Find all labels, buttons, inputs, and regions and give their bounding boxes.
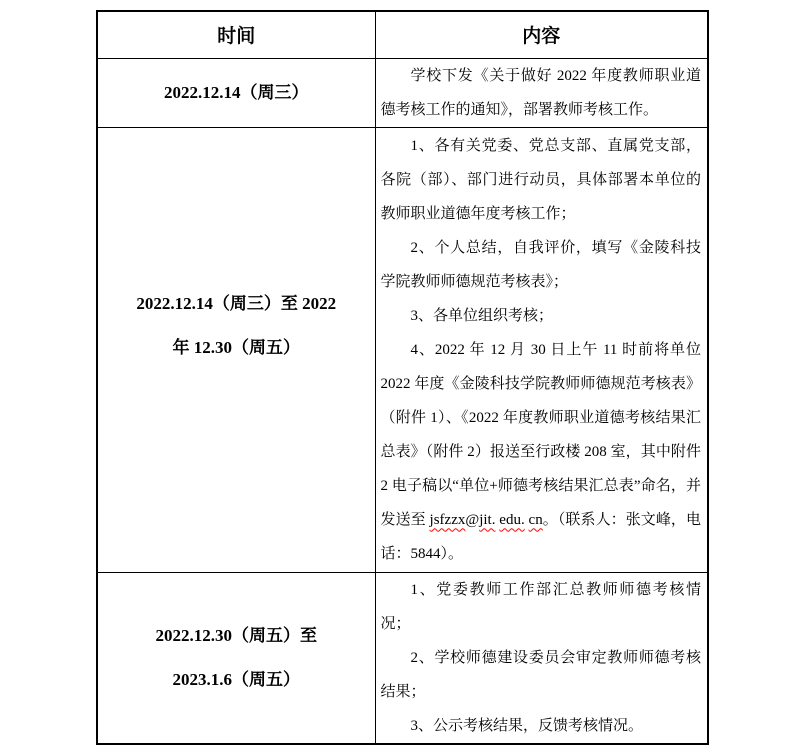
table-row-2: 2022.12.14（周三）至 2022 年 12.30（周五） 1、各有关党委…	[97, 127, 708, 572]
time-text-line2: 2023.1.6（周五）	[98, 658, 375, 702]
header-cell-time: 时间	[97, 11, 375, 58]
paragraph-3: 3、公示考核结果，反馈考核情况。	[381, 709, 702, 743]
time-text-line2: 年 12.30（周五）	[98, 326, 375, 370]
table-row-3: 2022.12.30（周五）至 2023.1.6（周五） 1、党委教师工作部汇总…	[97, 572, 708, 744]
table-row-1: 2022.12.14（周三） 学校下发《关于做好 2022 年度教师职业道德考核…	[97, 58, 708, 127]
time-cell-row3: 2022.12.30（周五）至 2023.1.6（周五）	[97, 572, 375, 744]
content-cell-row2: 1、各有关党委、党总支部、直属党支部，各院（部）、部门进行动员，具体部署本单位的…	[375, 127, 708, 572]
time-cell-row2: 2022.12.14（周三）至 2022 年 12.30（周五）	[97, 127, 375, 572]
time-cell-row1: 2022.12.14（周三）	[97, 58, 375, 127]
time-text-line1: 2022.12.30（周五）至	[98, 614, 375, 658]
paragraph-2: 2、学校师德建设委员会审定教师师德考核结果；	[381, 641, 702, 709]
email-domain-part-1: jit.	[479, 512, 495, 528]
content-cell-row1: 学校下发《关于做好 2022 年度教师职业道德考核工作的通知》，部署教师考核工作…	[375, 58, 708, 127]
email-domain-part-3: cn	[529, 512, 543, 528]
header-cell-content: 内容	[375, 11, 708, 58]
paragraph: 学校下发《关于做好 2022 年度教师职业道德考核工作的通知》，部署教师考核工作…	[381, 59, 702, 127]
email-user-part: jsfzzx	[430, 512, 466, 528]
paragraph-4-text-before: 4、2022 年 12 月 30 日上午 11 时前将单位 2022 年度《金陵…	[381, 342, 702, 528]
email-at-sign: @	[465, 512, 479, 528]
paragraph-4-with-email: 4、2022 年 12 月 30 日上午 11 时前将单位 2022 年度《金陵…	[381, 333, 702, 571]
time-text-line1: 2022.12.14（周三）至 2022	[98, 282, 375, 326]
paragraph-2: 2、个人总结，自我评价，填写《金陵科技学院教师师德规范考核表》；	[381, 231, 702, 299]
assessment-schedule-table: 时间 内容 2022.12.14（周三） 学校下发《关于做好 2022 年度教师…	[96, 10, 709, 745]
paragraph-1: 1、各有关党委、党总支部、直属党支部，各院（部）、部门进行动员，具体部署本单位的…	[381, 129, 702, 231]
paragraph-1: 1、党委教师工作部汇总教师师德考核情况；	[381, 573, 702, 641]
content-cell-row3: 1、党委教师工作部汇总教师师德考核情况； 2、学校师德建设委员会审定教师师德考核…	[375, 572, 708, 744]
time-text: 2022.12.14（周三）	[98, 71, 375, 115]
email-domain-part-2: edu.	[499, 512, 524, 528]
paragraph-3: 3、各单位组织考核；	[381, 299, 702, 333]
table-header-row: 时间 内容	[97, 11, 708, 58]
